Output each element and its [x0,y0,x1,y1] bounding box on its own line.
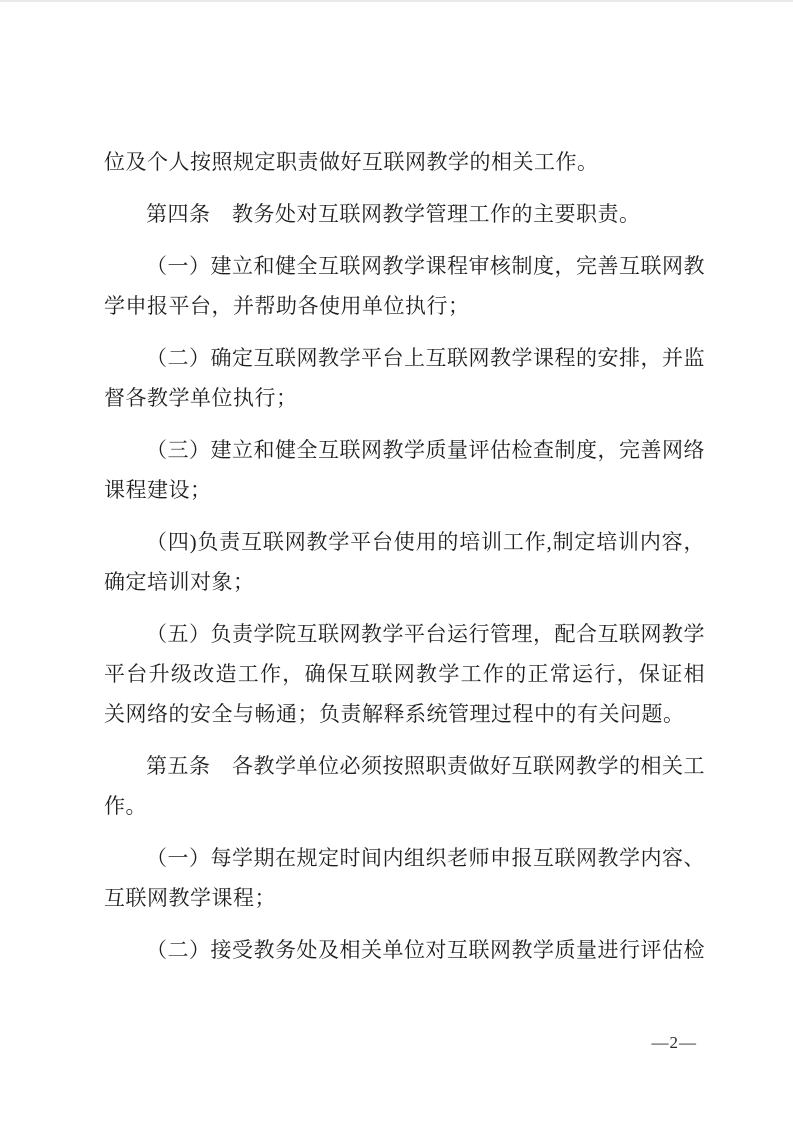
paragraph-article-4-heading: 第四条 教务处对互联网教学管理工作的主要职责。 [104,194,705,234]
page-number: —2— [652,1033,698,1052]
paragraph-article-5-item-1: （一）每学期在规定时间内组织老师申报互联网教学内容、互联网教学课程； [104,838,705,918]
paragraph-article-4-item-5: （五）负责学院互联网教学平台运行管理，配合互联网教学平台升级改造工作，确保互联网… [104,614,705,734]
document-body: 位及个人按照规定职责做好互联网教学的相关工作。 第四条 教务处对互联网教学管理工… [104,142,705,982]
document-page: 位及个人按照规定职责做好互联网教学的相关工作。 第四条 教务处对互联网教学管理工… [0,0,793,1122]
page-footer: —2— [652,1033,698,1053]
paragraph-article-5-heading: 第五条 各教学单位必须按照职责做好互联网教学的相关工作。 [104,746,705,826]
paragraph-article-4-item-4: （四)负责互联网教学平台使用的培训工作,制定培训内容，确定培训对象； [104,522,705,602]
paragraph-article-4-item-2: （二）确定互联网教学平台上互联网教学课程的安排，并监督各教学单位执行； [104,338,705,418]
paragraph-continuation: 位及个人按照规定职责做好互联网教学的相关工作。 [104,142,705,182]
paragraph-article-4-item-1: （一）建立和健全互联网教学课程审核制度，完善互联网教学申报平台，并帮助各使用单位… [104,246,705,326]
scan-edge-artifact [0,0,793,2]
paragraph-article-4-item-3: （三）建立和健全互联网教学质量评估检查制度，完善网络课程建设； [104,430,705,510]
paragraph-article-5-item-2: （二）接受教务处及相关单位对互联网教学质量进行评估检 [104,930,705,970]
